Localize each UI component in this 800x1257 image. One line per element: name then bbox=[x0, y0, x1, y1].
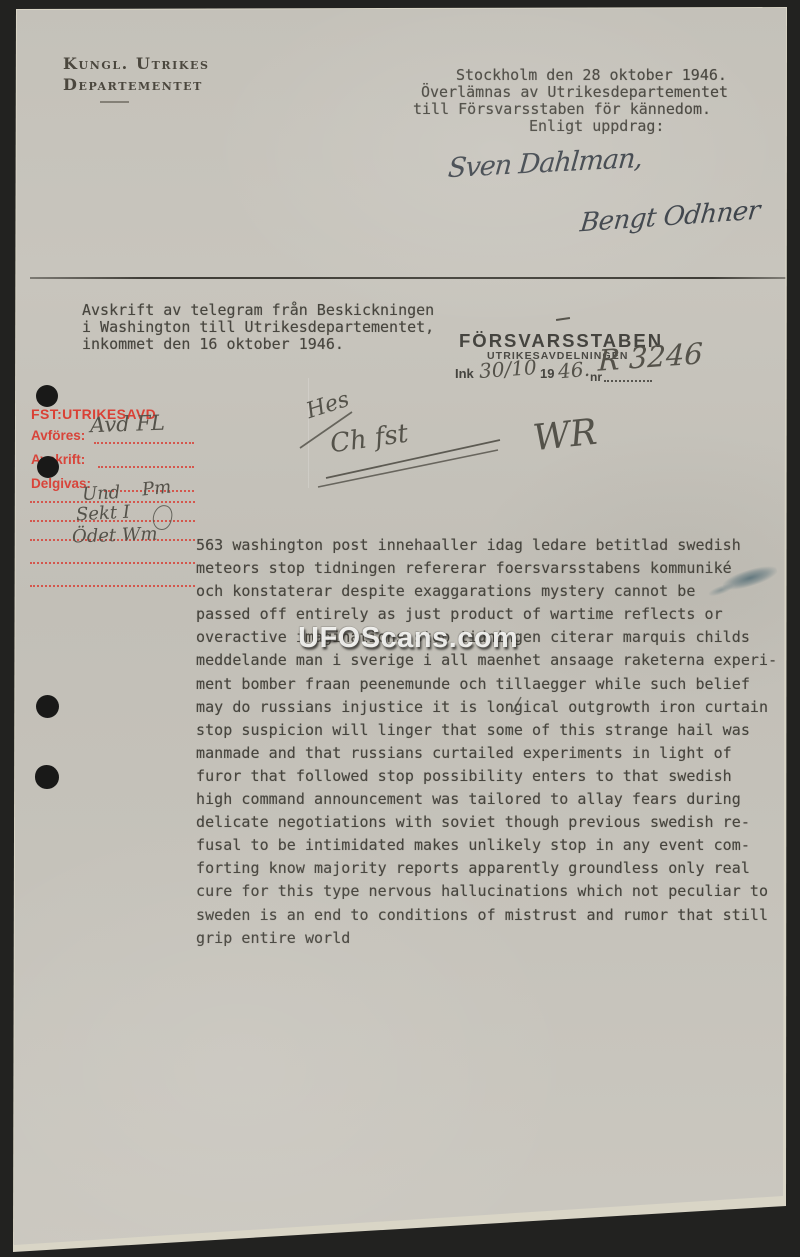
pencil-note-hes: Hes bbox=[303, 387, 352, 424]
scanner-background: Kungl. Utrikes Departementet Stockholm d… bbox=[0, 0, 800, 1257]
receipt-stamp-nr-dotted-line bbox=[604, 380, 652, 382]
telegram-line: forting know majority reports apparently… bbox=[196, 857, 777, 880]
signature-bengt-odhner: Bengt Odhner bbox=[579, 196, 762, 239]
letterhead: Kungl. Utrikes Departementet bbox=[63, 53, 210, 95]
routing-stamp-avfores-label: Avföres: bbox=[31, 428, 85, 443]
receipt-stamp-ink-label: Ink bbox=[455, 366, 474, 381]
receipt-stamp-number-handwritten: R 3246 bbox=[598, 336, 704, 377]
transmittal-line2: Överlämnas av Utrikesdepartementet bbox=[421, 83, 728, 101]
hole-punch bbox=[37, 456, 59, 478]
telegram-line: furor that followed stop possibility ent… bbox=[196, 765, 777, 788]
telegram-line: high command announcement was tailored t… bbox=[196, 788, 777, 811]
telegram-body: 563 washington post innehaaller idag led… bbox=[196, 534, 777, 950]
telegram-line: meteors stop tidningen refererar foersva… bbox=[196, 557, 777, 580]
pencil-note-ch-fst: Ch fst bbox=[328, 419, 410, 460]
telegram-line: grip entire world bbox=[196, 927, 777, 950]
telegram-line: sweden is an end to conditions of mistru… bbox=[196, 904, 777, 927]
telegram-line: delicate negotiations with soviet though… bbox=[196, 811, 777, 834]
hole-punch bbox=[36, 695, 59, 718]
pencil-dash-mark bbox=[556, 317, 570, 321]
signature-sven-dahlman: Sven Dahlman, bbox=[447, 143, 644, 184]
transmittal-line1: Stockholm den 28 oktober 1946. bbox=[456, 66, 727, 84]
pencil-initials-wr: WR bbox=[531, 412, 599, 459]
transmittal-line4: Enligt uppdrag: bbox=[529, 117, 664, 135]
telegram-line: 563 washington post innehaaller idag led… bbox=[196, 534, 777, 557]
hole-punch bbox=[36, 385, 58, 407]
receipt-stamp-year-preprint: 19 bbox=[540, 366, 554, 381]
telegram-line: och konstaterar despite exaggarations my… bbox=[196, 580, 777, 603]
letterhead-line1: Kungl. Utrikes bbox=[63, 53, 210, 74]
hole-punch bbox=[35, 765, 59, 789]
dotted-line bbox=[30, 549, 195, 564]
routing-entry-avfores: Avd FL bbox=[90, 411, 166, 438]
avskrift-line2: i Washington till Utrikesdepartementet, bbox=[82, 318, 434, 336]
telegram-line: fusal to be intimidated makes unlikely s… bbox=[196, 834, 777, 857]
fold-crease-line bbox=[30, 277, 788, 279]
vertical-crease bbox=[308, 378, 309, 488]
receipt-stamp-date-handwritten: 30/10 bbox=[478, 355, 537, 383]
dotted-line bbox=[30, 572, 195, 587]
watermark-text: UFOScans.com bbox=[298, 622, 518, 655]
telegram-line: manmade and that russians curtailed expe… bbox=[196, 742, 777, 765]
telegram-line: may do russians injustice it is longical… bbox=[196, 696, 777, 719]
letterhead-line2: Departementet bbox=[63, 74, 210, 95]
avskrift-line1: Avskrift av telegram från Beskickningen bbox=[82, 301, 434, 319]
routing-entry-pm: Pm bbox=[141, 477, 172, 501]
routing-entry-sekt: Sekt I bbox=[75, 502, 130, 526]
avskrift-line3: inkommet den 16 oktober 1946. bbox=[82, 335, 344, 353]
letterhead-rule bbox=[100, 101, 129, 103]
document-page: Kungl. Utrikes Departementet Stockholm d… bbox=[0, 0, 800, 1257]
dotted-line bbox=[98, 452, 194, 468]
telegram-line: stop suspicion will linger that some of … bbox=[196, 719, 777, 742]
receipt-stamp-year-handwritten: 46. bbox=[557, 357, 591, 384]
telegram-line: ment bomber fraan peenemunde och tillaeg… bbox=[196, 673, 777, 696]
telegram-line: cure for this type nervous hallucination… bbox=[196, 880, 777, 903]
routing-entry-odet: Ödet Wm bbox=[72, 524, 158, 548]
transmittal-line3: till Försvarsstaben för kännedom. bbox=[413, 100, 711, 118]
